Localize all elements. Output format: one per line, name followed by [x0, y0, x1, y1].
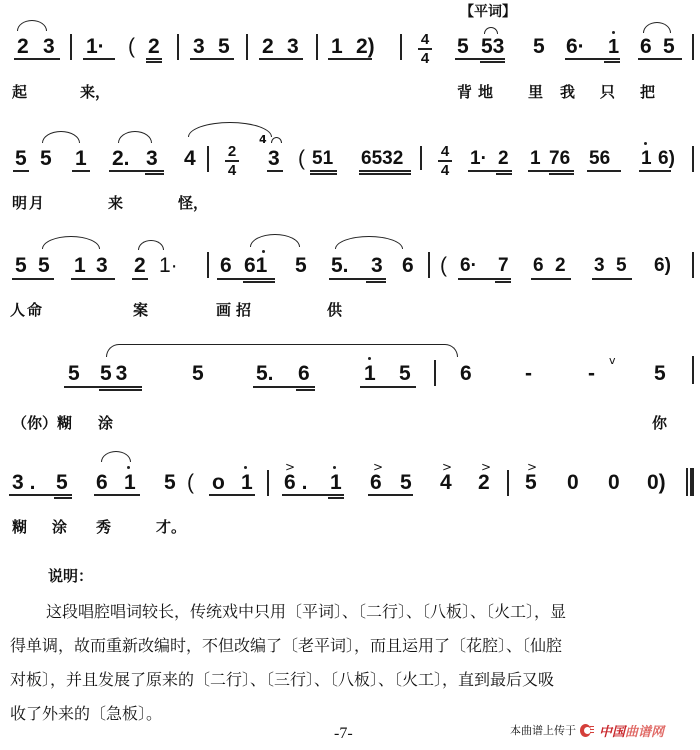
underline — [531, 278, 571, 280]
underline — [253, 386, 315, 388]
note: 6) — [654, 255, 671, 277]
underline — [480, 61, 505, 63]
underline — [64, 386, 142, 388]
underline — [282, 494, 344, 496]
barline — [428, 252, 430, 278]
note: 6532 — [361, 148, 403, 170]
underline — [209, 494, 255, 496]
site-logo-icon — [580, 724, 595, 737]
explanation-line: 这段唱腔唱词较长，传统戏中只用〔平词〕、〔二行〕、〔八板〕、〔火工〕，显 — [46, 596, 566, 628]
time-signature: 44 — [418, 32, 432, 66]
note: 2 — [262, 36, 274, 58]
high-octave-dot — [244, 466, 247, 469]
underline — [145, 173, 164, 175]
note: 1 — [608, 36, 619, 58]
note: 6 — [402, 255, 414, 277]
note: 2. — [112, 148, 130, 170]
note: 6· — [460, 255, 477, 277]
underline — [54, 497, 72, 499]
lyric: 把 — [640, 83, 655, 101]
explanation-heading: 说明： — [48, 560, 93, 592]
underline — [72, 170, 90, 172]
barline — [434, 360, 436, 386]
barline — [207, 252, 209, 278]
barline — [400, 34, 402, 60]
underline — [243, 281, 275, 283]
breath-mark: v — [609, 352, 616, 370]
barline — [507, 470, 509, 496]
section-label: 【平词】 — [460, 3, 516, 21]
paren: ( — [128, 36, 135, 58]
lyric: 供 — [327, 301, 342, 319]
slur — [335, 236, 403, 249]
barline — [692, 34, 694, 60]
note: 5 — [68, 363, 80, 385]
underline — [587, 170, 621, 172]
underline — [359, 170, 411, 172]
note: 3 — [96, 255, 108, 277]
note: 5 — [400, 472, 412, 494]
lyric: 涂 — [52, 518, 67, 536]
note: 2 — [17, 36, 29, 58]
lyric: （你）糊 — [12, 414, 72, 432]
note: 5 — [164, 472, 176, 494]
note: 0 — [608, 472, 620, 494]
note: 3 — [193, 36, 205, 58]
note: 1 — [641, 148, 652, 170]
note: 3 — [146, 148, 158, 170]
fermata — [271, 137, 282, 143]
note: 2 — [555, 255, 566, 277]
underline — [146, 58, 162, 60]
note: 5 — [663, 36, 675, 58]
note: 3 — [287, 36, 299, 58]
paren: ( — [187, 472, 194, 494]
underline — [359, 173, 411, 175]
note: 1 — [331, 36, 343, 58]
lyric: 背地 — [457, 83, 499, 101]
explanation-line: 对板〕，并且发展了原来的〔二行〕、〔三行〕、〔八板〕、〔火工〕，直到最后又吸 — [10, 664, 554, 696]
lyric: 画招 — [216, 301, 256, 319]
barline — [692, 356, 694, 384]
underline — [13, 170, 29, 172]
underline — [549, 173, 574, 175]
underline — [328, 58, 372, 60]
lyric: 秀 — [96, 518, 111, 536]
high-octave-dot — [262, 250, 265, 253]
high-octave-dot — [127, 466, 130, 469]
note: 1 — [74, 255, 86, 277]
note: 5 — [38, 255, 50, 277]
note: 5 — [457, 36, 469, 58]
note: 5 — [654, 363, 666, 385]
slur — [106, 344, 458, 357]
lyric: 人命 — [10, 301, 44, 319]
note: 1 — [75, 148, 87, 170]
note: 76 — [549, 148, 570, 170]
paren: ( — [298, 148, 305, 170]
barline — [267, 470, 269, 496]
note: - — [588, 363, 595, 385]
note: 6· — [566, 36, 585, 58]
note: 5 — [15, 255, 27, 277]
lyric: 明月 — [12, 194, 46, 212]
underline — [638, 58, 682, 60]
barline — [692, 252, 694, 278]
note: 2 — [134, 255, 146, 277]
note: 7 — [498, 255, 509, 277]
explanation-line: 收了外来的〔急板〕。 — [10, 698, 162, 730]
note: 1 — [530, 148, 541, 170]
final-barline-thin — [686, 468, 688, 496]
note: 5. — [331, 255, 349, 277]
note: 3. — [12, 472, 42, 494]
underline — [468, 170, 512, 172]
note: 5 — [295, 255, 307, 277]
underline — [310, 170, 337, 172]
note: 6 — [460, 363, 472, 385]
upload-text: 本曲谱上传于 — [510, 722, 576, 738]
note: 6 — [640, 36, 652, 58]
explanation-line: 得单调，故而重新改编时，不但改编了〔老平词〕，而且运用了〔花腔〕、〔仙腔 — [10, 630, 562, 662]
note: 4 — [184, 148, 196, 170]
note: 0) — [647, 472, 666, 494]
note: 56 — [589, 148, 610, 170]
lyric: 怪， — [178, 194, 208, 212]
note: 5 — [40, 148, 52, 170]
note: 5. — [256, 363, 274, 385]
underline — [528, 170, 574, 172]
slur — [17, 20, 47, 31]
lyric: 糊 — [12, 518, 27, 536]
underline — [639, 170, 671, 172]
page-number: -7- — [334, 718, 353, 750]
slur — [42, 131, 80, 143]
underline — [592, 278, 632, 280]
slur — [118, 131, 152, 143]
underline — [259, 58, 303, 60]
high-octave-dot — [333, 466, 336, 469]
note: 3 — [268, 148, 280, 170]
slur — [484, 27, 498, 34]
barline — [207, 146, 209, 172]
lyric: 只 — [600, 83, 615, 101]
underline — [495, 281, 511, 283]
note: 2 — [498, 148, 509, 170]
note: 1· — [159, 255, 178, 277]
lyric: 来， — [80, 83, 110, 101]
note: 0 — [567, 472, 579, 494]
note: 6. — [284, 472, 314, 494]
lyric: 才。 — [156, 518, 186, 536]
note: 5 — [192, 363, 204, 385]
underline — [329, 278, 386, 280]
underline — [328, 497, 344, 499]
slur — [250, 234, 300, 247]
underline — [12, 278, 54, 280]
note: 1 — [241, 472, 253, 494]
barline — [177, 34, 179, 60]
underline — [99, 389, 142, 391]
note: 6 — [96, 472, 108, 494]
lyric: 涂 — [98, 414, 113, 432]
note: 61 — [244, 255, 267, 277]
lyric: 我 — [560, 83, 575, 101]
slur — [101, 451, 131, 462]
note: 6 — [220, 255, 232, 277]
underline — [310, 173, 337, 175]
barline — [692, 146, 694, 172]
note: 1 — [124, 472, 136, 494]
underline — [217, 278, 275, 280]
slur — [643, 22, 671, 33]
underline — [132, 278, 148, 280]
note: 5 — [399, 363, 411, 385]
note: 5 — [533, 36, 545, 58]
note: 5 — [218, 36, 230, 58]
underline — [71, 278, 115, 280]
note: 3 — [43, 36, 55, 58]
grace-note: 4 — [259, 134, 267, 145]
lyric: 里 — [528, 83, 543, 101]
note: 51 — [312, 148, 333, 170]
underline — [368, 494, 413, 496]
site-name-part1: 中国 — [599, 721, 625, 740]
note: 6 — [370, 472, 382, 494]
note: 4 — [440, 472, 452, 494]
note: 2) — [356, 36, 375, 58]
barline — [420, 146, 422, 170]
note: 2 — [148, 36, 160, 58]
time-signature: 44 — [438, 144, 452, 178]
note: 1· — [86, 36, 105, 58]
underline — [458, 278, 511, 280]
note: 2 — [478, 472, 490, 494]
note: 5 — [525, 472, 537, 494]
underline — [146, 61, 162, 63]
lyric: 起 — [12, 83, 27, 101]
note: 3 — [371, 255, 383, 277]
note: - — [525, 363, 532, 385]
underline — [109, 170, 164, 172]
note: 53 — [100, 363, 131, 385]
final-barline-thick — [690, 468, 694, 496]
lyric: 你 — [652, 414, 667, 432]
underline — [366, 281, 386, 283]
note: 6 — [298, 363, 310, 385]
time-signature: 24 — [225, 144, 239, 178]
note: 3 — [594, 255, 605, 277]
site-name-part2: 曲谱网 — [625, 721, 664, 740]
underline — [9, 494, 72, 496]
note: 5 — [616, 255, 627, 277]
lyric: 来 — [108, 194, 123, 212]
note: 1 — [330, 472, 342, 494]
underline — [14, 58, 60, 60]
watermark[interactable]: 本曲谱上传于 中国曲谱网 — [510, 720, 664, 740]
note: 1 — [364, 363, 376, 385]
note: 6 — [533, 255, 544, 277]
note: 6) — [658, 148, 675, 170]
note: o — [212, 472, 225, 494]
note: 1· — [470, 148, 487, 170]
high-octave-dot — [644, 142, 647, 145]
underline — [190, 58, 234, 60]
slur — [42, 236, 100, 249]
underline — [496, 173, 512, 175]
underline — [296, 389, 315, 391]
note: 5 — [15, 148, 27, 170]
underline — [83, 58, 115, 60]
high-octave-dot — [612, 31, 615, 34]
barline — [246, 34, 248, 60]
underline — [604, 61, 620, 63]
underline — [267, 170, 283, 172]
underline — [565, 58, 620, 60]
paren: ( — [440, 255, 447, 277]
note: 53 — [481, 36, 504, 58]
slur — [138, 240, 164, 250]
barline — [316, 34, 318, 60]
lyric: 案 — [133, 301, 148, 319]
barline — [70, 34, 72, 60]
note: 5 — [56, 472, 68, 494]
underline — [94, 494, 140, 496]
underline — [360, 386, 416, 388]
underline — [455, 58, 505, 60]
high-octave-dot — [368, 357, 371, 360]
